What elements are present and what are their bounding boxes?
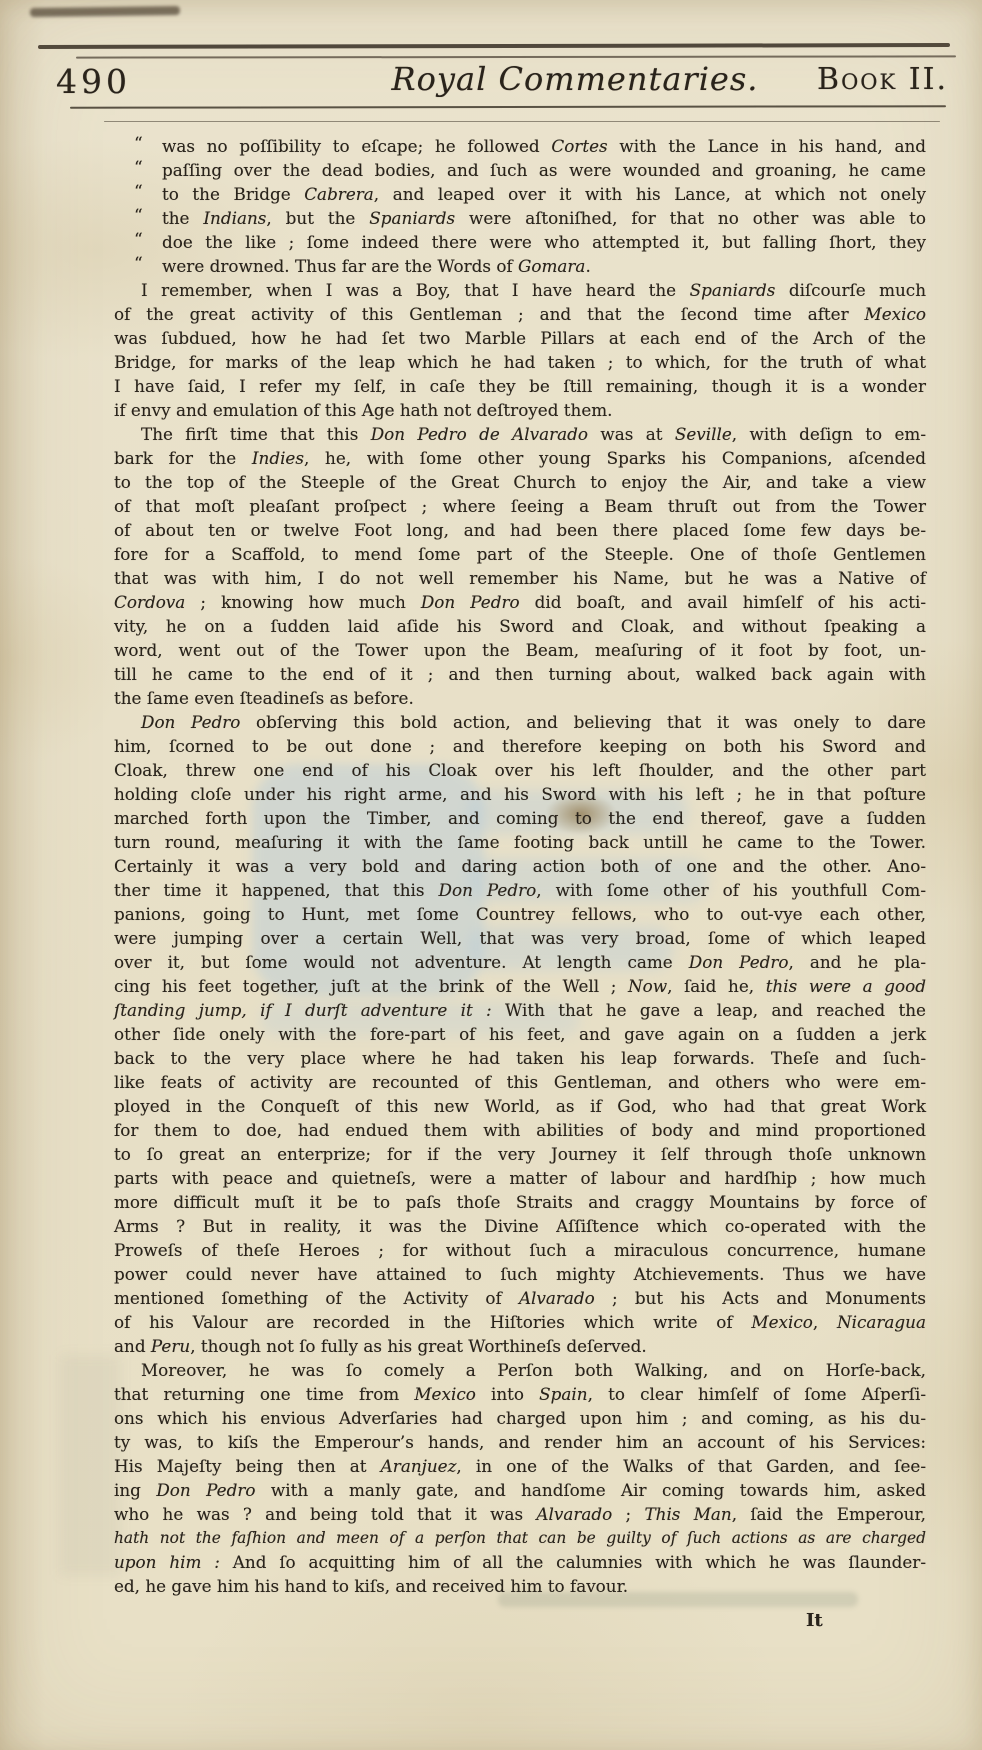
quote-mark: “	[134, 180, 142, 204]
text-line: “were drowned. Thus far are the Words of…	[114, 254, 926, 278]
body-text: of that moſt pleaſant proſpect ; where ſ…	[114, 496, 926, 516]
body-text: The firſt time that this	[141, 424, 371, 444]
body-text: over it, but ſome would not adventure. A…	[114, 952, 689, 972]
text-line: and Peru, though not ſo fully as his gre…	[114, 1334, 926, 1358]
body-text: of his Valour are recorded in the Hiſtor…	[114, 1312, 751, 1332]
text-line: Cordova ; knowing how much Don Pedro did…	[114, 590, 926, 614]
italic-text: Don Pedro	[156, 1480, 255, 1500]
body-text: did boaſt, and avail himſelf of his acti…	[520, 592, 926, 612]
body-text: fore for a Scaffold, to mend ſome part o…	[114, 544, 926, 564]
italic-text: Nicaragua	[837, 1312, 926, 1332]
text-line: I have ſaid, I refer my ſelf, in caſe th…	[114, 374, 926, 398]
catchword: It	[806, 1610, 823, 1631]
text-line: that was with him, I do not well remembe…	[114, 566, 926, 590]
body-text: bark for the	[114, 448, 252, 468]
body-text: ; knowing how much	[185, 592, 421, 612]
body-text: ployed in the Conqueſt of this new World…	[114, 1096, 926, 1116]
text-line: fore for a Scaffold, to mend ſome part o…	[114, 542, 926, 566]
italic-text: ſtanding jump, if I durſt adventure it :	[114, 1000, 492, 1020]
body-text: ing	[114, 1480, 156, 1500]
body-text: , ſaid the Emperour,	[732, 1504, 926, 1524]
body-text: ed, he gave him his hand to kiſs, and re…	[114, 1576, 628, 1596]
italic-text: Peru	[151, 1336, 190, 1356]
text-line: over it, but ſome would not adventure. A…	[114, 950, 926, 974]
scan-edge-smudge	[30, 6, 180, 17]
body-text: , with deſign to em-	[732, 424, 926, 444]
body-text: holding cloſe under his right arme, and …	[114, 784, 926, 804]
text-line: till he came to the end of it ; and then…	[114, 662, 926, 686]
body-text: doe the like ; ſome indeed there were wh…	[162, 232, 926, 252]
body-text: I have ſaid, I refer my ſelf, in caſe th…	[114, 376, 926, 396]
text-line: ing Don Pedro with a manly gate, and han…	[114, 1478, 926, 1502]
text-line: mentioned ſomething of the Activity of A…	[114, 1286, 926, 1310]
text-line: other ſide onely with the fore-part of h…	[114, 1022, 926, 1046]
text-line: The firſt time that this Don Pedro de Al…	[114, 422, 926, 446]
italic-text: Indies	[252, 448, 304, 468]
body-text: for them to doe, had endued them with ab…	[114, 1120, 926, 1140]
body-text: the ſame even ſteadineſs as before.	[114, 688, 414, 708]
text-line: I remember, when I was a Boy, that I hav…	[114, 278, 926, 302]
text-line: “to the Bridge Cabrera, and leaped over …	[114, 182, 926, 206]
body-text: that was with him, I do not well remembe…	[114, 568, 926, 588]
italic-text: Spaniards	[690, 280, 776, 300]
italic-text: Mexico	[751, 1312, 812, 1332]
italic-text: Seville	[675, 424, 732, 444]
paragraph: I remember, when I was a Boy, that I hav…	[114, 278, 926, 422]
text-line: Cloak, threw one end of his Cloak over h…	[114, 758, 926, 782]
text-line: more difficult muſt it be to paſs thoſe …	[114, 1190, 926, 1214]
body-text: panions, going to Hunt, met ſome Countre…	[114, 904, 926, 924]
body-text: of the great activity of this Gentleman …	[114, 304, 865, 324]
italic-text: hath not the faſhion and meen of a perſo…	[114, 1529, 926, 1547]
text-line: like feats of activity are recounted of …	[114, 1070, 926, 1094]
italic-text: Don Pedro	[141, 712, 240, 732]
italic-text: Cordova	[114, 592, 185, 612]
italic-text: Cabrera	[304, 184, 374, 204]
text-line: to the top of the Steeple of the Great C…	[114, 470, 926, 494]
body-text: was ſubdued, how he had ſet two Marble P…	[114, 328, 926, 348]
italic-text: Don Pedro	[689, 952, 789, 972]
body-text: back to the very place where he had take…	[114, 1048, 926, 1068]
text-line: was ſubdued, how he had ſet two Marble P…	[114, 326, 926, 350]
italic-text: Don Pedro	[421, 592, 520, 612]
text-line: of his Valour are recorded in the Hiſtor…	[114, 1310, 926, 1334]
text-line: cing his feet together, juſt at the brin…	[114, 974, 926, 998]
body-text: to the Bridge	[162, 184, 304, 204]
body-text: that returning one time from	[114, 1384, 414, 1404]
text-line: bark for the Indies, he, with ſome other…	[114, 446, 926, 470]
text-line: to ſo great an enterprize; for if the ve…	[114, 1142, 926, 1166]
body-text: till he came to the end of it ; and then…	[114, 664, 926, 684]
text-line: of that moſt pleaſant proſpect ; where ſ…	[114, 494, 926, 518]
text-line: ons which his envious Adverſaries had ch…	[114, 1406, 926, 1430]
running-title: Royal Commentaries.	[392, 60, 759, 98]
body-text: were drowned. Thus far are the Words of	[162, 256, 518, 276]
show-through-ghost-patch	[60, 1355, 120, 1575]
italic-text: Mexico	[865, 304, 926, 324]
body-text: And ſo acquitting him of all the calumni…	[220, 1552, 926, 1572]
text-line: of the great activity of this Gentleman …	[114, 302, 926, 326]
text-line: of about ten or twelve Foot long, and ha…	[114, 518, 926, 542]
body-text: mentioned ſomething of the Activity of	[114, 1288, 519, 1308]
page-text: “was no poſſibility to eſcape; he follow…	[114, 134, 926, 1598]
body-text: .	[585, 256, 590, 276]
body-text: Moreover, he was ſo comely a Perſon both…	[141, 1360, 926, 1380]
body-text: diſcourſe much	[775, 280, 926, 300]
body-text: power could never have attained to ſuch …	[114, 1264, 926, 1284]
body-text: more difficult muſt it be to paſs thoſe …	[114, 1192, 926, 1212]
body-text: ty was, to kiſs the Emperour’s hands, an…	[114, 1432, 926, 1452]
body-text: who he was ? and being told that it was	[114, 1504, 536, 1524]
text-line: if envy and emulation of this Age hath n…	[114, 398, 926, 422]
body-text: and	[114, 1336, 151, 1356]
text-line: “the Indians, but the Spaniards were aſt…	[114, 206, 926, 230]
paragraph: “was no poſſibility to eſcape; he follow…	[114, 134, 926, 278]
text-line: Moreover, he was ſo comely a Perſon both…	[114, 1358, 926, 1382]
italic-text: Now	[628, 976, 667, 996]
text-line: “was no poſſibility to eſcape; he follow…	[114, 134, 926, 158]
header-rule-thin	[104, 121, 940, 122]
body-text: other ſide onely with the fore-part of h…	[114, 1024, 926, 1044]
text-line: Proweſs of theſe Heroes ; for without ſu…	[114, 1238, 926, 1262]
italic-text: Spaniards	[369, 208, 455, 228]
text-line: hath not the faſhion and meen of a perſo…	[114, 1526, 926, 1550]
body-text: paſſing over the dead bodies, and ſuch a…	[162, 160, 926, 180]
text-line: ployed in the Conqueſt of this new World…	[114, 1094, 926, 1118]
italic-text: Gomara	[518, 256, 585, 276]
page-number: 490	[56, 62, 131, 101]
text-line: Bridge, for marks of the leap which he h…	[114, 350, 926, 374]
body-text: with a manly gate, and handſome Air comi…	[255, 1480, 926, 1500]
text-line: panions, going to Hunt, met ſome Countre…	[114, 902, 926, 926]
text-line: power could never have attained to ſuch …	[114, 1262, 926, 1286]
body-text: ons which his envious Adverſaries had ch…	[114, 1408, 926, 1428]
italic-text: Indians	[203, 208, 266, 228]
body-text: , though not ſo fully as his great Worth…	[190, 1336, 646, 1356]
italic-text: Aranjuez	[381, 1456, 457, 1476]
body-text: ; but his Acts and Monuments	[595, 1288, 926, 1308]
paragraph: Moreover, he was ſo comely a Perſon both…	[114, 1358, 926, 1598]
top-rule-thick	[38, 43, 950, 48]
body-text: marched forth upon the Timber, and comin…	[114, 808, 926, 828]
text-line: vity, he on a ſudden laid aſide his Swor…	[114, 614, 926, 638]
body-text: to ſo great an enterprize; for if the ve…	[114, 1144, 926, 1164]
body-text: His Majeſty being then at	[114, 1456, 381, 1476]
body-text: , he, with ſome other young Sparks his C…	[304, 448, 926, 468]
body-text: With that he gave a leap, and reached th…	[492, 1000, 926, 1020]
book-label: Book II.	[817, 62, 948, 97]
body-text: like feats of activity are recounted of …	[114, 1072, 926, 1092]
body-text: Certainly it was a very bold and daring …	[114, 856, 926, 876]
body-text: , in one of the Walks of that Garden, an…	[456, 1456, 926, 1476]
italic-text: upon him :	[114, 1552, 220, 1572]
body-text: Cloak, threw one end of his Cloak over h…	[114, 760, 926, 780]
italic-text: Cortes	[551, 136, 607, 156]
text-line: ty was, to kiſs the Emperour’s hands, an…	[114, 1430, 926, 1454]
body-text: if envy and emulation of this Age hath n…	[114, 400, 613, 420]
italic-text: this were a good	[766, 976, 926, 996]
body-text: turn round, meaſuring it with the ſame f…	[114, 832, 926, 852]
paragraph: Don Pedro obſerving this bold action, an…	[114, 710, 926, 1358]
italic-text: Spain	[539, 1384, 587, 1404]
body-text: ther time it happened, that this	[114, 880, 439, 900]
body-text: , but the	[266, 208, 369, 228]
text-line: holding cloſe under his right arme, and …	[114, 782, 926, 806]
body-text: ;	[612, 1504, 644, 1524]
italic-text: Don Pedro	[439, 880, 537, 900]
text-line: parts with peace and quietneſs, were a m…	[114, 1166, 926, 1190]
body-text: , and leaped over it with his Lance, at …	[374, 184, 926, 204]
text-line: ther time it happened, that this Don Ped…	[114, 878, 926, 902]
body-text: him, ſcorned to be out done ; and theref…	[114, 736, 926, 756]
body-text: was at	[588, 424, 675, 444]
top-rule-thin	[76, 55, 956, 58]
body-text: of about ten or twelve Foot long, and ha…	[114, 520, 926, 540]
body-text: were jumping over a certain Well, that w…	[114, 928, 926, 948]
text-line: the ſame even ſteadineſs as before.	[114, 686, 926, 710]
body-text: I remember, when I was a Boy, that I hav…	[141, 280, 690, 300]
body-text: Proweſs of theſe Heroes ; for without ſu…	[114, 1240, 926, 1260]
text-line: Arms ? But in reality, it was the Divine…	[114, 1214, 926, 1238]
quote-mark: “	[134, 156, 142, 180]
body-text: vity, he on a ſudden laid aſide his Swor…	[114, 616, 926, 636]
body-text: to the top of the Steeple of the Great C…	[114, 472, 926, 492]
text-line: that returning one time from Mexico into…	[114, 1382, 926, 1406]
body-text: cing his feet together, juſt at the brin…	[114, 976, 628, 996]
text-line: ſtanding jump, if I durſt adventure it :…	[114, 998, 926, 1022]
body-text: , to clear himſelf of ſome Aſperſi-	[588, 1384, 926, 1404]
italic-text: Mexico	[414, 1384, 475, 1404]
body-text: ,	[813, 1312, 837, 1332]
body-text: parts with peace and quietneſs, were a m…	[114, 1168, 926, 1188]
text-line: His Majeſty being then at Aranjuez, in o…	[114, 1454, 926, 1478]
body-text: were aſtoniſhed, for that no other was a…	[455, 208, 926, 228]
body-text: , and he pla-	[789, 952, 927, 972]
body-text: into	[476, 1384, 539, 1404]
italic-text: This Man	[644, 1504, 731, 1524]
paragraph: The firſt time that this Don Pedro de Al…	[114, 422, 926, 710]
body-text: obſerving this bold action, and believin…	[240, 712, 926, 732]
body-text: , with ſome other of his youthfull Com-	[536, 880, 926, 900]
text-line: upon him : And ſo acquitting him of all …	[114, 1550, 926, 1574]
italic-text: Don Pedro de Alvarado	[371, 424, 588, 444]
text-line: for them to doe, had endued them with ab…	[114, 1118, 926, 1142]
italic-text: Alvarado	[519, 1288, 595, 1308]
quote-mark: “	[134, 204, 142, 228]
quote-mark: “	[134, 132, 142, 156]
text-line: back to the very place where he had take…	[114, 1046, 926, 1070]
text-line: word, went out of the Tower upon the Bea…	[114, 638, 926, 662]
text-line: marched forth upon the Timber, and comin…	[114, 806, 926, 830]
body-text: the	[162, 208, 203, 228]
book-page-scan: 490 Royal Commentaries. Book II. “was no…	[0, 0, 982, 1750]
header-rule-thick	[70, 105, 946, 109]
body-text: word, went out of the Tower upon the Bea…	[114, 640, 926, 660]
text-line: “paſſing over the dead bodies, and ſuch …	[114, 158, 926, 182]
italic-text: Alvarado	[536, 1504, 612, 1524]
body-text: Arms ? But in reality, it was the Divine…	[114, 1216, 926, 1236]
text-line: him, ſcorned to be out done ; and theref…	[114, 734, 926, 758]
text-line: Don Pedro obſerving this bold action, an…	[114, 710, 926, 734]
text-line: who he was ? and being told that it was …	[114, 1502, 926, 1526]
quote-mark: “	[134, 228, 142, 252]
text-line: turn round, meaſuring it with the ſame f…	[114, 830, 926, 854]
body-text: with the Lance in his hand, and	[608, 136, 926, 156]
text-line: ed, he gave him his hand to kiſs, and re…	[114, 1574, 926, 1598]
body-text: , ſaid he,	[667, 976, 766, 996]
body-text: Bridge, for marks of the leap which he h…	[114, 352, 926, 372]
text-line: Certainly it was a very bold and daring …	[114, 854, 926, 878]
quote-mark: “	[134, 252, 142, 276]
text-line: were jumping over a certain Well, that w…	[114, 926, 926, 950]
body-text: was no poſſibility to eſcape; he followe…	[162, 136, 551, 156]
text-line: “doe the like ; ſome indeed there were w…	[114, 230, 926, 254]
